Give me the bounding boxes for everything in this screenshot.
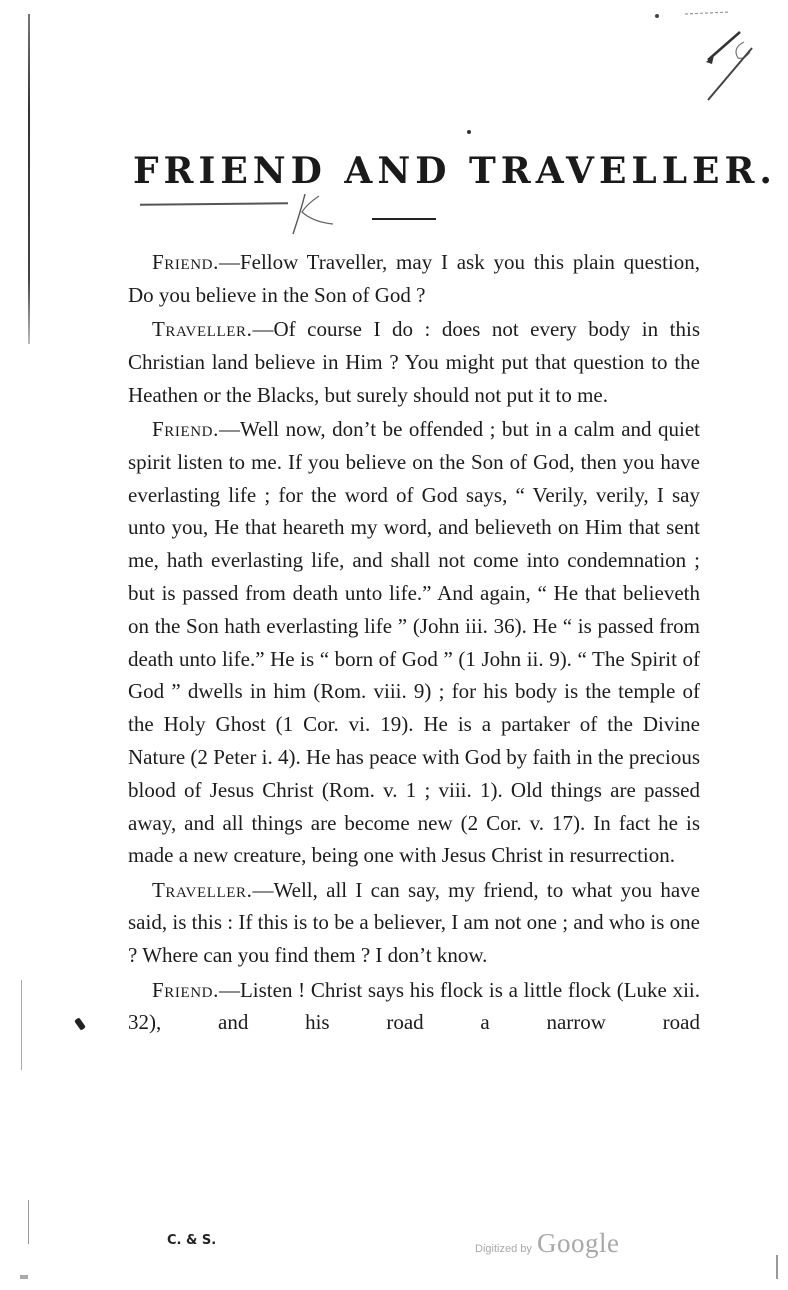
- page-title: FRIEND AND TRAVELLER.: [133, 150, 713, 192]
- speaker-label: Friend.: [152, 978, 219, 1002]
- watermark-brand: Google: [537, 1228, 619, 1258]
- binding-edge-line: [28, 14, 30, 344]
- speaker-label: Friend.: [152, 250, 219, 274]
- scan-edge-mark: [776, 1255, 778, 1279]
- title-rule-right: [372, 218, 436, 220]
- binding-edge-mark: [21, 980, 22, 1070]
- speaker-label: Traveller.: [152, 317, 252, 341]
- handwritten-corner-annotation: [640, 0, 788, 110]
- binding-edge-mark: [28, 1200, 29, 1244]
- watermark-prefix: Digitized by: [475, 1243, 532, 1255]
- ink-dot: [467, 130, 471, 134]
- speaker-label: Traveller.: [152, 878, 252, 902]
- dialogue-body: Friend.—Fellow Traveller, may I ask you …: [128, 246, 700, 1041]
- speaker-label: Friend.: [152, 417, 219, 441]
- ink-blot-mark: [74, 1017, 86, 1030]
- handwritten-k-mark: [285, 190, 345, 238]
- scan-speck: [20, 1275, 28, 1279]
- paragraph-friend-1: Friend.—Fellow Traveller, may I ask you …: [128, 246, 700, 312]
- title-rule-left: [140, 202, 288, 206]
- signature-mark: C. & S.: [167, 1233, 216, 1248]
- paragraph-friend-2: Friend.—Well now, don’t be offended ; bu…: [128, 413, 700, 872]
- paragraph-text: —Well now, don’t be offended ; but in a …: [128, 417, 700, 867]
- digitized-watermark: Digitized by Google: [475, 1228, 619, 1259]
- paragraph-traveller-2: Traveller.—Well, all I can say, my frien…: [128, 874, 700, 972]
- paragraph-traveller-1: Traveller.—Of course I do : does not eve…: [128, 313, 700, 411]
- paragraph-friend-3: Friend.—Listen ! Christ says his flock i…: [128, 974, 700, 1040]
- scanned-page: FRIEND AND TRAVELLER. Friend.—Fellow Tra…: [0, 0, 788, 1290]
